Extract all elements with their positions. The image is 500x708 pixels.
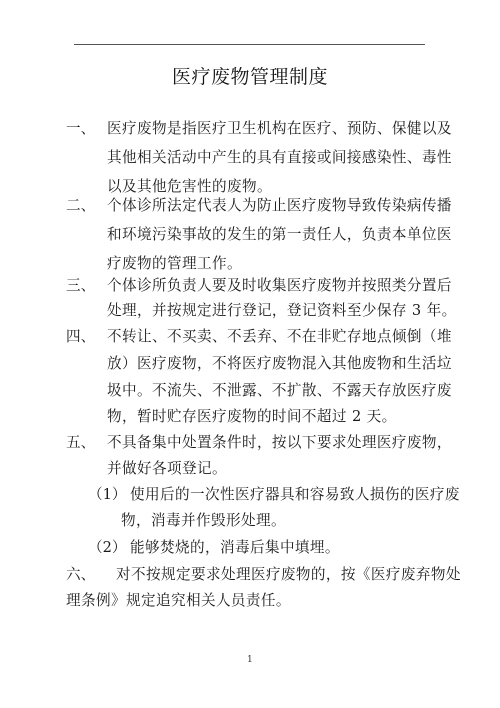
section-line: 不具备集中处置条件时，按以下要求处理医疗废物， [107, 434, 452, 452]
page-number: 1 [247, 655, 253, 665]
section-number: 三、 [66, 277, 95, 295]
subitem-line: 使用后的一次性医疗器具和容易致人损伤的医疗废 [130, 486, 460, 504]
section-line: 圾中。不流失、不泄露、不扩散、不露天存放医疗废 [107, 382, 452, 400]
section-number: 六、 [66, 566, 95, 584]
section-line: 和环境污染事故的发生的第一责任人，负责本单位医 [107, 226, 452, 244]
section-line: 不转让、不买卖、不丢弃、不在非贮存地点倾倒（堆 [107, 328, 452, 346]
section-line: 医疗废物是指医疗卫生机构在医疗、预防、保健以及 [107, 120, 452, 138]
subitem-line: 物，消毒并作毁形处理。 [121, 512, 286, 530]
document-title: 医疗废物管理制度 [0, 62, 500, 89]
section-line: 处理，并按规定进行登记，登记资料至少保存 3 年。 [107, 302, 457, 320]
section-number: 五、 [66, 434, 95, 452]
section-line: 理条例》规定追究相关人员责任。 [66, 592, 291, 610]
section-number: 一、 [66, 120, 95, 138]
section-line: 并做好各项登记。 [107, 460, 227, 478]
header-rule [74, 44, 425, 45]
section-line: 以及其他危害性的废物。 [107, 178, 272, 196]
subitem-number: （2） [88, 539, 126, 557]
section-line: 放）医疗废物，不将医疗废物混入其他废物和生活垃 [107, 355, 452, 373]
section-line: 物，暂时贮存医疗废物的时间不超过 2 天。 [107, 408, 397, 426]
section-number: 四、 [66, 328, 95, 346]
subitem-line: 能够焚烧的，消毒后集中填埋。 [130, 539, 340, 557]
section-line: 个体诊所法定代表人为防止医疗废物导致传染病传播 [107, 197, 452, 215]
section-line: 对不按规定要求处理医疗废物的，按《医疗废弃物处 [116, 566, 461, 584]
section-number: 二、 [66, 197, 95, 215]
section-line: 个体诊所负责人要及时收集医疗废物并按照类分置后 [107, 277, 452, 295]
section-line: 疗废物的管理工作。 [107, 255, 242, 273]
section-line: 其他相关活动中产生的具有直接或间接感染性、毒性 [107, 149, 452, 167]
subitem-number: （1） [88, 486, 126, 504]
